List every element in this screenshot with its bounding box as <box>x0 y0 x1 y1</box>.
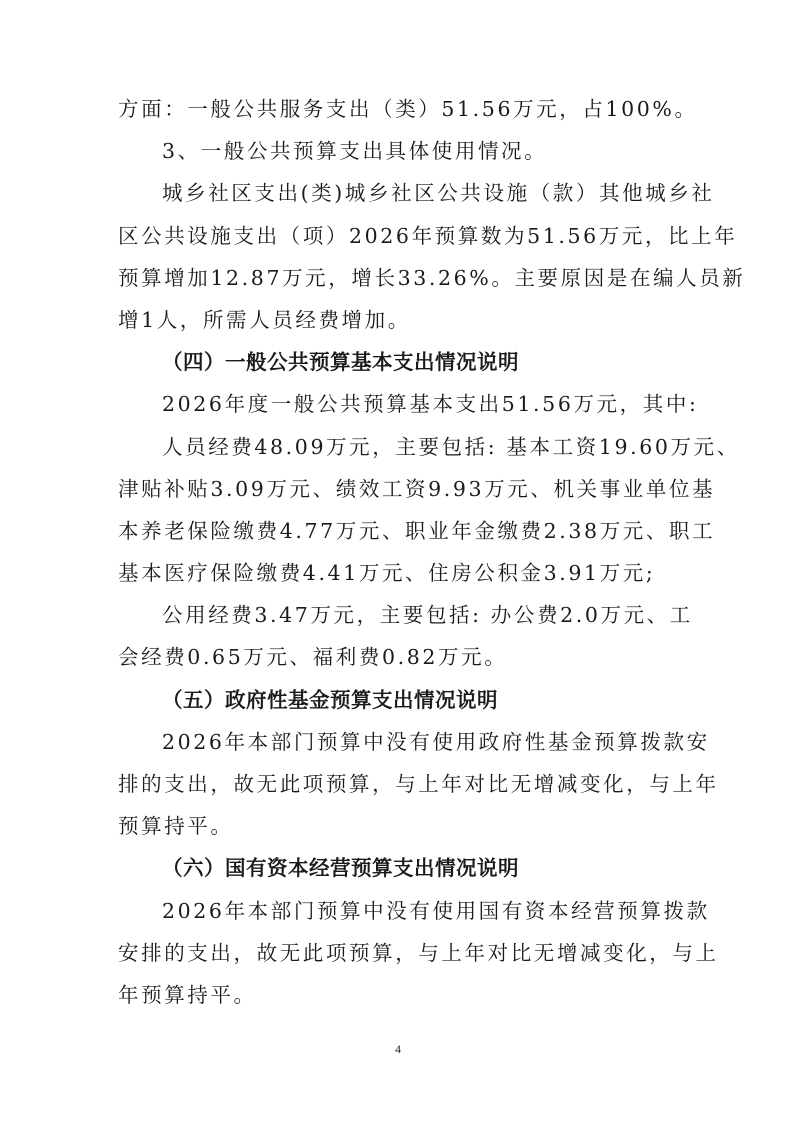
paragraph-line: 年预算持平。 <box>118 974 674 1016</box>
paragraph-line: 本养老保险缴费4.77万元、职业年金缴费2.38万元、职工 <box>118 510 674 552</box>
page-number: 4 <box>392 1042 404 1057</box>
paragraph-line: 2026年本部门预算中没有使用国有资本经营预算拨款 <box>118 890 674 932</box>
paragraph-line: 城乡社区支出(类)城乡社区公共设施（款）其他城乡社 <box>118 172 674 214</box>
paragraph-line: 区公共设施支出（项）2026年预算数为51.56万元，比上年 <box>118 215 674 257</box>
paragraph-line: 津贴补贴3.09万元、绩效工资9.93万元、机关事业单位基 <box>118 468 674 510</box>
paragraph-line: 人员经费48.09万元，主要包括: 基本工资19.60万元、 <box>118 426 674 468</box>
paragraph-line: 方面：一般公共服务支出（类）51.56万元，占100%。 <box>118 88 674 130</box>
document-body: 方面：一般公共服务支出（类）51.56万元，占100%。 3、一般公共预算支出具… <box>118 88 674 1016</box>
document-page: 方面：一般公共服务支出（类）51.56万元，占100%。 3、一般公共预算支出具… <box>0 0 794 1123</box>
paragraph-line: 安排的支出，故无此项预算，与上年对比无增减变化，与上 <box>118 932 674 974</box>
paragraph-line: 公用经费3.47万元，主要包括: 办公费2.0万元、工 <box>118 594 674 636</box>
section-heading-4: （四）一般公共预算基本支出情况说明 <box>118 341 674 383</box>
paragraph-line: 预算增加12.87万元，增长33.26%。主要原因是在编人员新 <box>118 257 674 299</box>
paragraph-line: 2026年本部门预算中没有使用政府性基金预算拨款安 <box>118 721 674 763</box>
section-heading-5: （五）政府性基金预算支出情况说明 <box>118 679 674 721</box>
list-item-heading: 3、一般公共预算支出具体使用情况。 <box>118 130 674 172</box>
paragraph-line: 会经费0.65万元、福利费0.82万元。 <box>118 636 674 678</box>
paragraph-line: 排的支出，故无此项预算，与上年对比无增减变化，与上年 <box>118 763 674 805</box>
paragraph-line: 增1人，所需人员经费增加。 <box>118 299 674 341</box>
paragraph-line: 预算持平。 <box>118 805 674 847</box>
paragraph-line: 2026年度一般公共预算基本支出51.56万元，其中: <box>118 383 674 425</box>
paragraph-line: 基本医疗保险缴费4.41万元、住房公积金3.91万元; <box>118 552 674 594</box>
section-heading-6: （六）国有资本经营预算支出情况说明 <box>118 847 674 889</box>
